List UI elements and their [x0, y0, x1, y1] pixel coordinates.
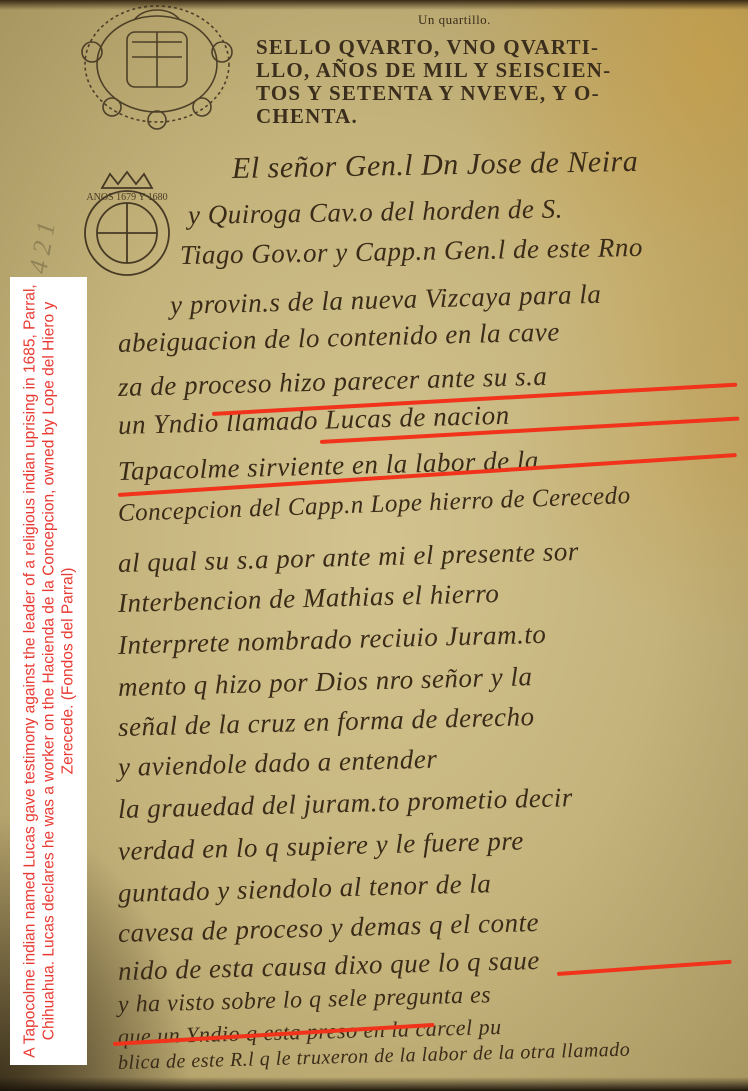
manuscript-line: nido de esta causa dixo que lo q saue	[118, 945, 541, 987]
caption-text: A Tapocolme indian named Lucas gave test…	[20, 277, 77, 1065]
manuscript-line: cavesa de proceso y demas q el conte	[118, 907, 540, 949]
manuscript-line: Interbencion de Mathias el hierro	[118, 578, 500, 619]
manuscript-line: señal de la cruz en forma de derecho	[118, 701, 535, 743]
manuscript-line: la grauedad del juram.to prometio decir	[118, 782, 574, 825]
manuscript-line: abeiguacion de lo contenido en la cave	[118, 316, 561, 359]
manuscript-line: verdad en lo q supiere y le fuere pre	[118, 825, 525, 867]
stamp-line: TOS Y SETENTA Y NVEVE, Y O-	[256, 82, 656, 105]
manuscript-line: y aviendole dado a entender	[118, 744, 438, 783]
manuscript-line: y provin.s de la nueva Vizcaya para la	[170, 279, 602, 321]
stamp-line: LLO, AÑOS DE MIL Y SEISCIEN-	[256, 59, 656, 82]
manuscript-line: Interprete nombrado reciuio Juram.to	[118, 619, 547, 661]
manuscript-line: Tiago Gov.or y Capp.n Gen.l de este Rno	[180, 232, 643, 271]
manuscript-line: guntado y siendolo al tenor de la	[118, 868, 492, 909]
scanned-document-page: ANOS 1679 Y 1680 Un quartillo. SELLO QVA…	[0, 0, 748, 1091]
manuscript-line: y Quiroga Cav.o del horden de S.	[188, 193, 563, 231]
stamp-line: CHENTA.	[256, 105, 656, 128]
stamp-denomination: Un quartillo.	[418, 12, 491, 28]
svg-text:ANOS 1679 Y 1680: ANOS 1679 Y 1680	[86, 192, 167, 203]
manuscript-line: El señor Gen.l Dn Jose de Neira	[232, 145, 639, 186]
stamped-paper-header: SELLO QVARTO, VNO QVARTI- LLO, AÑOS DE M…	[256, 36, 656, 128]
stamp-line: SELLO QVARTO, VNO QVARTI-	[256, 36, 656, 59]
manuscript-line: mento q hizo por Dios nro señor y la	[118, 661, 533, 703]
royal-coat-of-arms-seal-icon	[72, 2, 242, 132]
page-bottom-edge	[0, 1077, 748, 1091]
highlight-underline-llamado	[557, 960, 732, 976]
caption-box: A Tapocolme indian named Lucas gave test…	[10, 277, 87, 1065]
manuscript-line: al qual su s.a por ante mi el presente s…	[118, 536, 580, 579]
manuscript-line: y ha visto sobre lo q sele pregunta es	[118, 982, 492, 1019]
year-seal-cross-icon: ANOS 1679 Y 1680	[72, 168, 182, 278]
